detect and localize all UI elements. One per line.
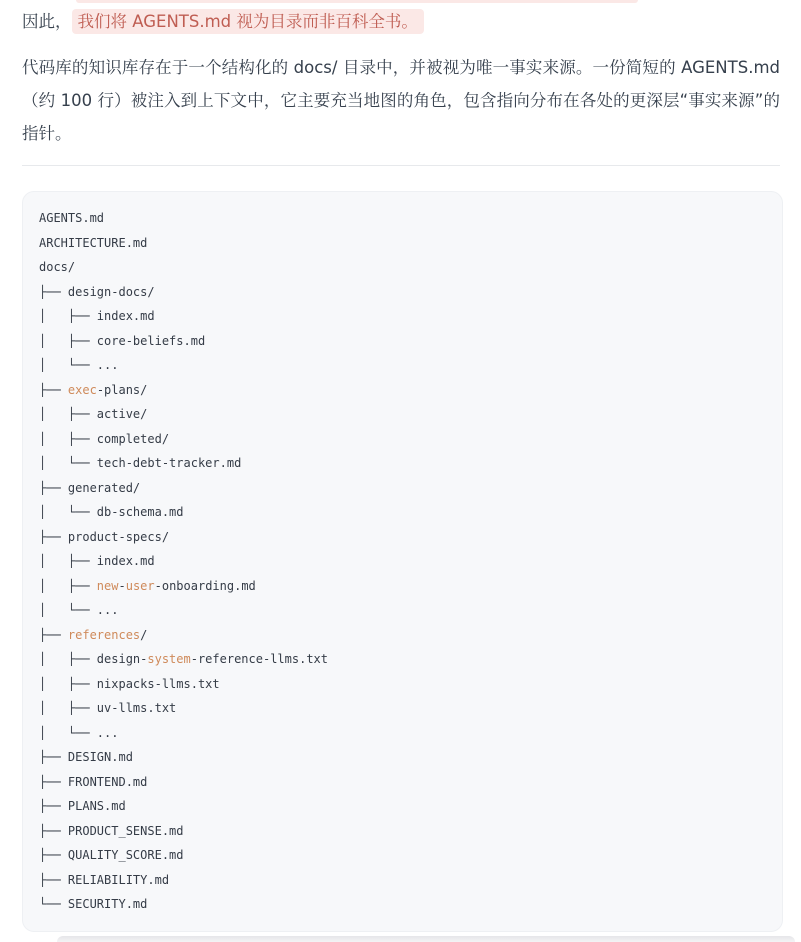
code-token: ├── RELIABILITY.md <box>39 873 169 887</box>
code-token: │ └── ... <box>39 603 118 617</box>
code-token: │ ├── design- <box>39 652 147 666</box>
code-token: ├── <box>39 383 68 397</box>
code-line: │ └── ... <box>39 598 766 623</box>
code-token: ├── design-docs/ <box>39 285 155 299</box>
code-token: ├── QUALITY_SCORE.md <box>39 848 184 862</box>
code-token: │ ├── index.md <box>39 554 155 568</box>
code-token: - <box>118 579 125 593</box>
article-page: { "colors": { "highlight_bg": "#fbe8e6",… <box>0 0 801 942</box>
code-line: │ ├── index.md <box>39 304 766 329</box>
code-token: ARCHITECTURE.md <box>39 236 147 250</box>
code-token: │ ├── uv-llms.txt <box>39 701 176 715</box>
code-line: ├── product-specs/ <box>39 525 766 550</box>
accent-token: new <box>97 579 119 593</box>
code-lines: AGENTS.mdARCHITECTURE.mddocs/├── design-… <box>39 206 766 917</box>
code-token: AGENTS.md <box>39 211 104 225</box>
accent-token: exec <box>68 383 97 397</box>
code-line: ├── exec-plans/ <box>39 378 766 403</box>
lead-paragraph: 因此，我们将 AGENTS.md 视为目录而非百科全书。 <box>0 9 801 34</box>
code-line: ARCHITECTURE.md <box>39 231 766 256</box>
code-line: ├── generated/ <box>39 476 766 501</box>
code-line: ├── QUALITY_SCORE.md <box>39 843 766 868</box>
directory-tree-code-block: AGENTS.mdARCHITECTURE.mddocs/├── design-… <box>22 191 783 932</box>
code-token: -onboarding.md <box>155 579 256 593</box>
code-token: │ ├── <box>39 579 97 593</box>
code-token: ├── product-specs/ <box>39 530 169 544</box>
code-token: │ ├── active/ <box>39 407 147 421</box>
code-line: AGENTS.md <box>39 206 766 231</box>
code-line: │ ├── design-system-reference-llms.txt <box>39 647 766 672</box>
code-token: ├── PRODUCT_SENSE.md <box>39 824 184 838</box>
code-line: │ ├── core-beliefs.md <box>39 329 766 354</box>
code-token: └── SECURITY.md <box>39 897 147 911</box>
code-line: │ ├── new-user-onboarding.md <box>39 574 766 599</box>
code-token: ├── FRONTEND.md <box>39 775 147 789</box>
code-token: │ └── ... <box>39 358 118 372</box>
next-block-top-edge <box>57 936 795 942</box>
code-line: ├── FRONTEND.md <box>39 770 766 795</box>
previous-highlight-fragment <box>76 0 638 3</box>
code-token: │ ├── completed/ <box>39 432 169 446</box>
code-token: ├── PLANS.md <box>39 799 126 813</box>
code-line: ├── DESIGN.md <box>39 745 766 770</box>
code-token: │ └── tech-debt-tracker.md <box>39 456 241 470</box>
code-line: │ └── ... <box>39 353 766 378</box>
code-token: -reference-llms.txt <box>191 652 328 666</box>
code-token: │ ├── core-beliefs.md <box>39 334 205 348</box>
code-line: │ ├── completed/ <box>39 427 766 452</box>
section-divider <box>22 165 780 166</box>
code-token: ├── <box>39 628 68 642</box>
code-token: ├── generated/ <box>39 481 140 495</box>
code-line: docs/ <box>39 255 766 280</box>
code-line: └── SECURITY.md <box>39 892 766 917</box>
code-line: │ ├── index.md <box>39 549 766 574</box>
code-token: docs/ <box>39 260 75 274</box>
code-token: │ └── ... <box>39 726 118 740</box>
code-token: │ ├── index.md <box>39 309 155 323</box>
accent-token: user <box>126 579 155 593</box>
accent-token: references <box>68 628 140 642</box>
code-line: │ ├── active/ <box>39 402 766 427</box>
lead-prefix-text: 因此， <box>22 12 72 31</box>
code-token: -plans/ <box>97 383 148 397</box>
code-token: │ └── db-schema.md <box>39 505 184 519</box>
lead-highlight-text: 我们将 AGENTS.md 视为目录而非百科全书。 <box>72 9 424 34</box>
code-line: │ └── tech-debt-tracker.md <box>39 451 766 476</box>
code-line: ├── PLANS.md <box>39 794 766 819</box>
code-token: ├── DESIGN.md <box>39 750 133 764</box>
code-line: ├── PRODUCT_SENSE.md <box>39 819 766 844</box>
accent-token: system <box>147 652 190 666</box>
code-line: │ ├── uv-llms.txt <box>39 696 766 721</box>
code-token: / <box>140 628 147 642</box>
code-line: ├── references/ <box>39 623 766 648</box>
code-line: │ ├── nixpacks-llms.txt <box>39 672 766 697</box>
code-line: ├── RELIABILITY.md <box>39 868 766 893</box>
code-line: │ └── db-schema.md <box>39 500 766 525</box>
code-line: │ └── ... <box>39 721 766 746</box>
code-line: ├── design-docs/ <box>39 280 766 305</box>
body-paragraph: 代码库的知识库存在于一个结构化的 docs/ 目录中，并被视为唯一事实来源。一份… <box>0 51 801 150</box>
code-token: │ ├── nixpacks-llms.txt <box>39 677 220 691</box>
